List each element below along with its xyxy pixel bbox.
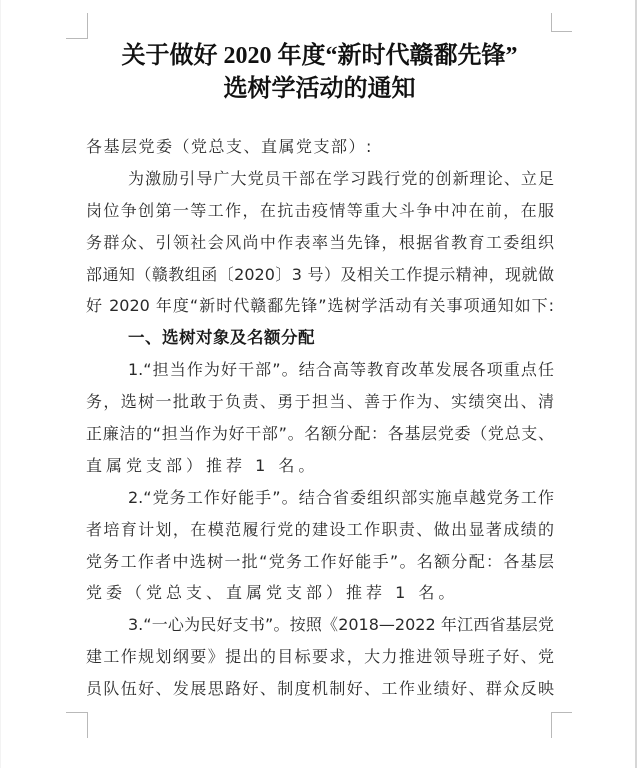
paragraph-line: 党委（党总支、直属党支部）推荐 1 名。 [86, 577, 554, 609]
document-title-line-1: 关于做好 2020 年度“新时代赣鄱先锋” [1, 35, 637, 70]
paragraph-line: 2.“党务工作好能手”。结合省委组织部实施卓越党务工作 [86, 482, 554, 514]
document-title-line-2: 选树学活动的通知 [1, 68, 637, 103]
paragraph-line: 3.“一心为民好支书”。按照《2018—2022 年江西省基层党 [86, 609, 554, 641]
document-page: 关于做好 2020 年度“新时代赣鄱先锋” 选树学活动的通知 各基层党委（党总支… [0, 0, 637, 768]
paragraph-line: 员队伍好、发展思路好、制度机制好、工作业绩好、群众反映 [86, 673, 554, 705]
paragraph-line: 者培育计划，在模范履行党的建设工作职责、做出显著成绩的 [86, 514, 554, 546]
salutation: 各基层党委（党总支、直属党支部）: [86, 131, 554, 163]
paragraph-line: 党务工作者中选树一批“党务工作好能手”。名额分配：各基层 [86, 546, 554, 578]
margin-corner-mark-bottom-left [66, 712, 88, 738]
paragraph-line: 1.“担当作为好干部”。结合高等教育改革发展各项重点任 [86, 354, 554, 386]
margin-corner-mark-top-right [551, 13, 572, 32]
paragraph-line: 直属党支部）推荐 1 名。 [86, 450, 554, 482]
paragraph-line: 部通知（赣教组函〔2020〕3 号）及相关工作提示精神，现就做 [86, 259, 554, 291]
section-heading: 一、选树对象及名额分配 [86, 322, 554, 354]
paragraph-line: 为激励引导广大党员干部在学习践行党的创新理论、立足 [86, 163, 554, 195]
document-body: 各基层党委（党总支、直属党支部）: 为激励引导广大党员干部在学习践行党的创新理论… [86, 131, 554, 705]
margin-corner-mark-bottom-right [551, 712, 572, 738]
paragraph-line: 岗位争创第一等工作，在抗击疫情等重大斗争中冲在前，在服 [86, 195, 554, 227]
paragraph-line: 务群众、引领社会风尚中作表率当先锋，根据省教育工委组织 [86, 227, 554, 259]
paragraph-line: 好 2020 年度“新时代赣鄱先锋”选树学活动有关事项通知如下: [86, 290, 554, 322]
paragraph-line: 建工作规划纲要》提出的目标要求，大力推进领导班子好、党 [86, 641, 554, 673]
paragraph-line: 务，选树一批敢于负责、勇于担当、善于作为、实绩突出、清 [86, 386, 554, 418]
paragraph-line: 正廉洁的“担当作为好干部”。名额分配：各基层党委（党总支、 [86, 418, 554, 450]
